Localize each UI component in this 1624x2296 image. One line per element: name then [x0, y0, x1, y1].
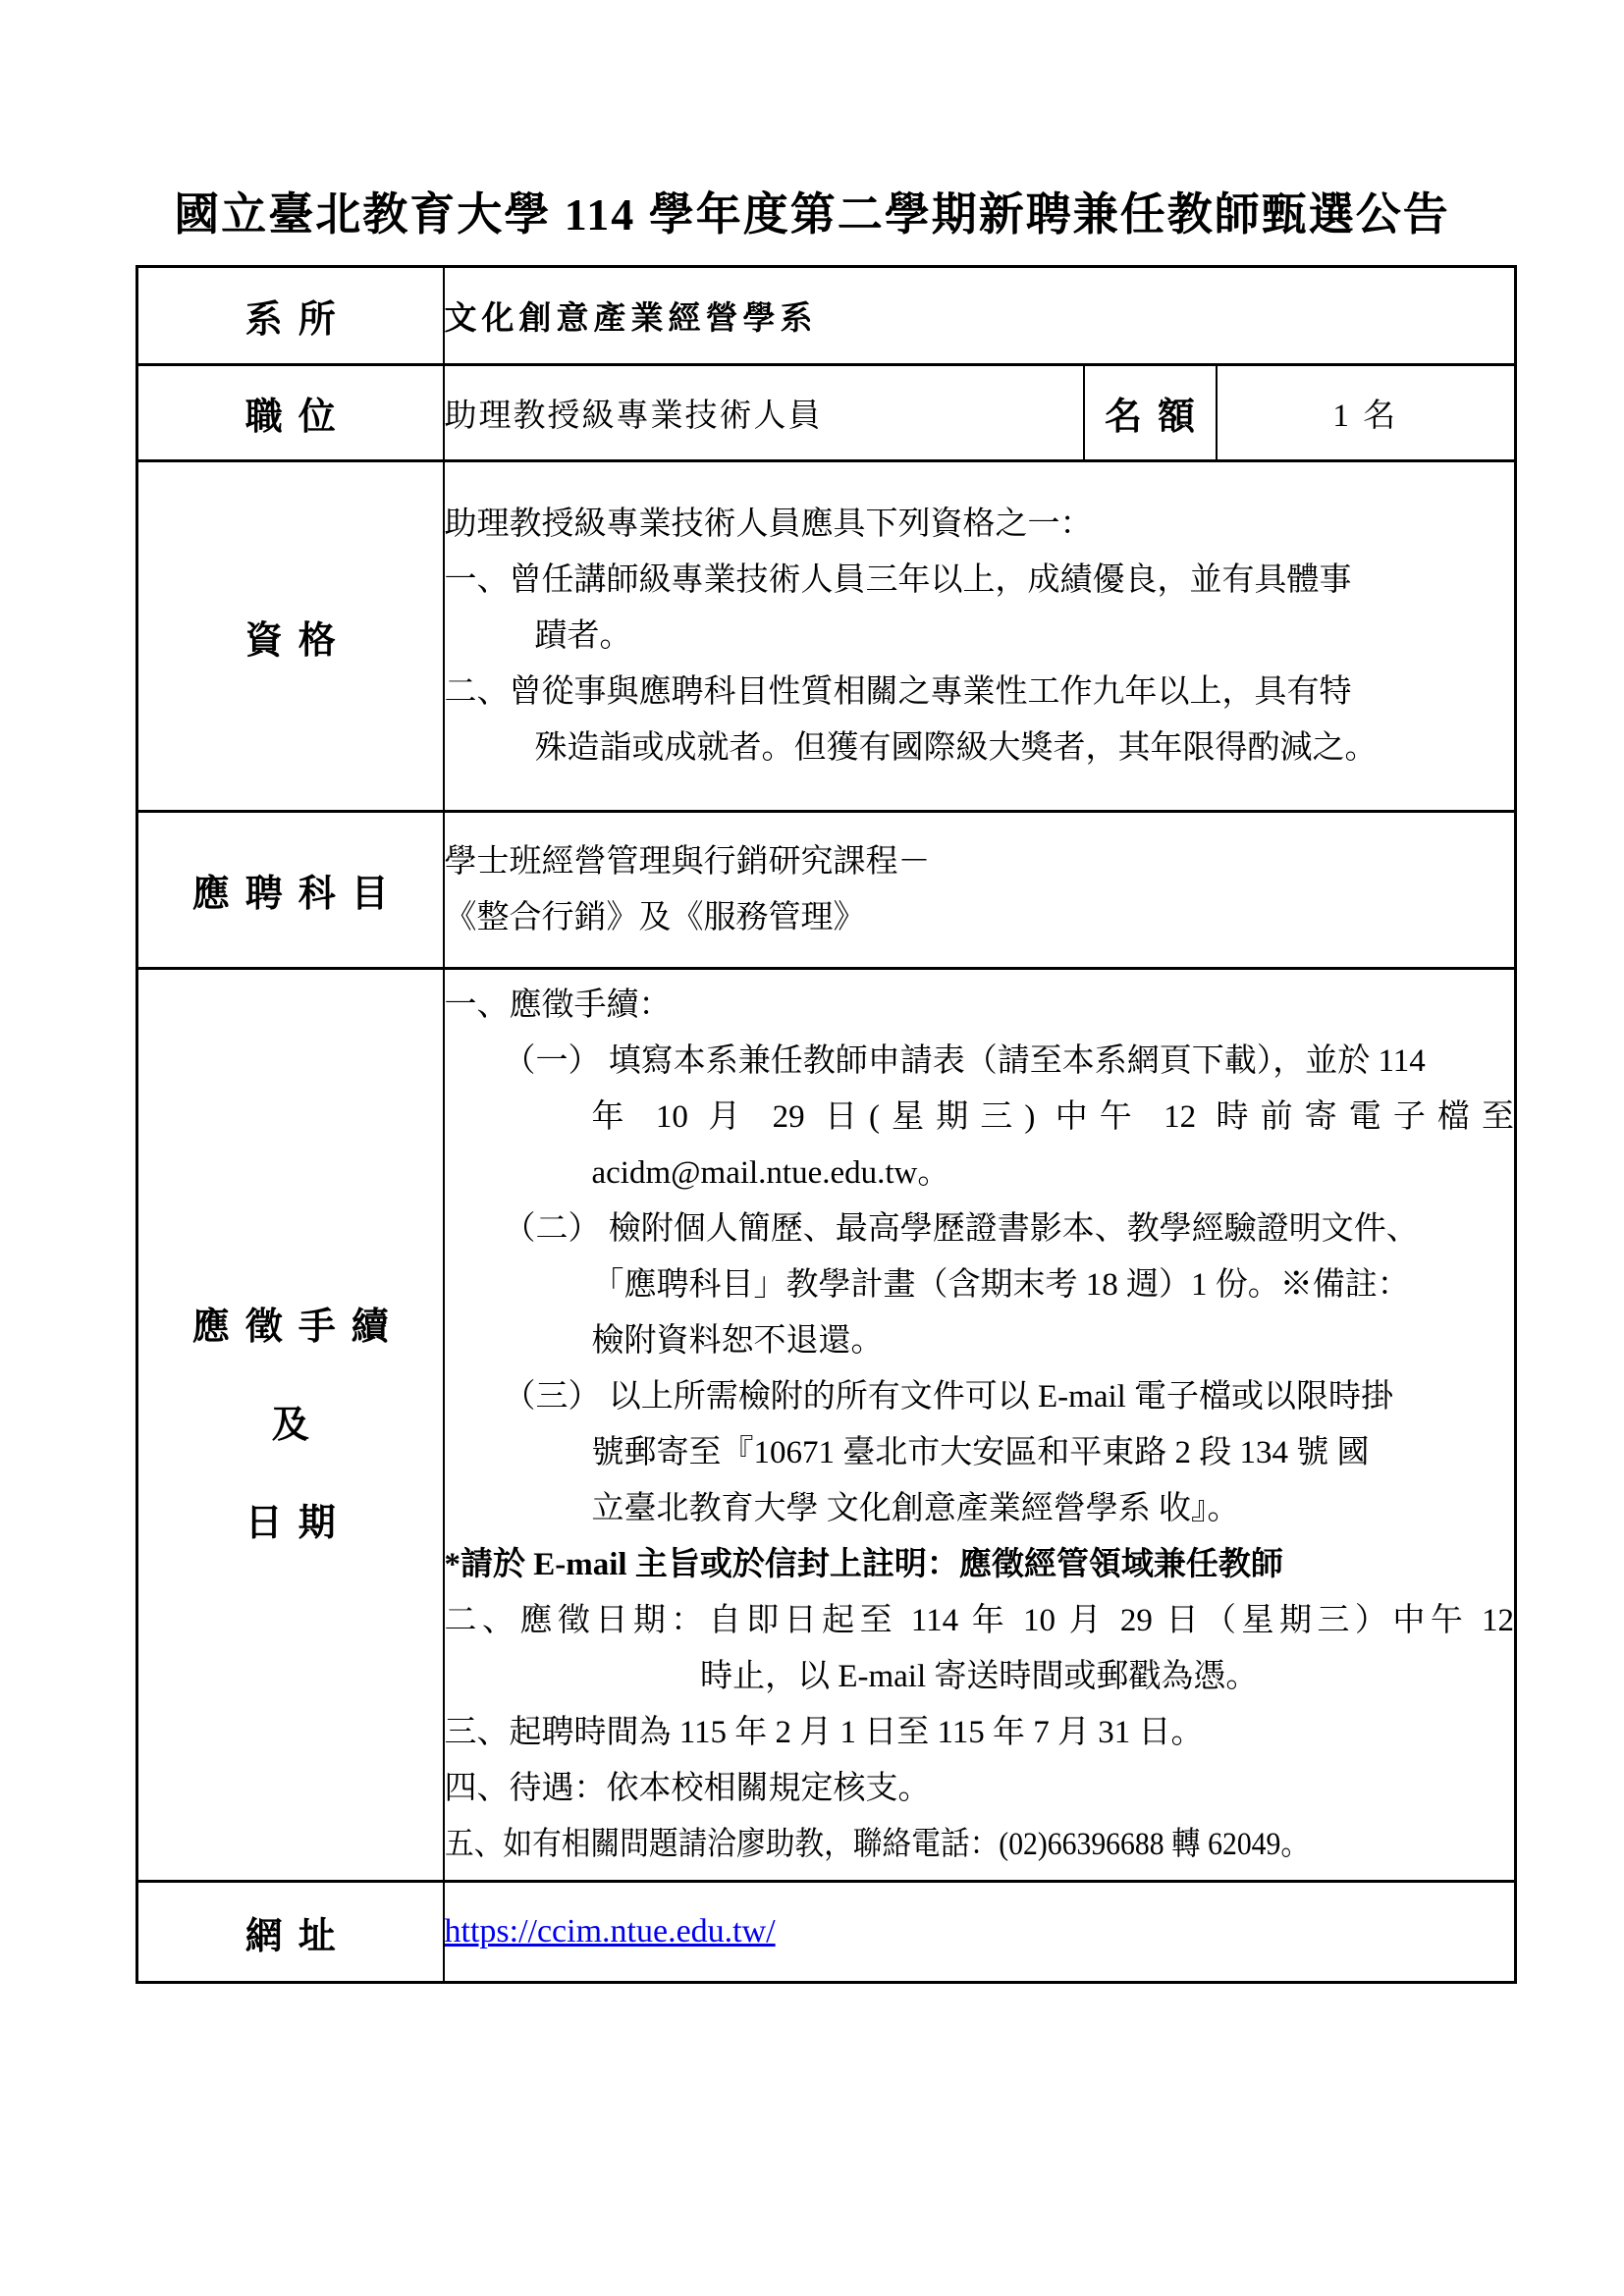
text-line: 「應聘科目」教學計畫（含期末考 18 週）1 份。※備註：: [445, 1257, 1515, 1313]
row-label-qualifications: 資格: [137, 461, 444, 812]
quota-label: 名額: [1084, 365, 1217, 461]
text-line: 應徵手續: [138, 1278, 443, 1376]
text-line: 號郵寄至『10671 臺北市大安區和平東路 2 段 134 號 國: [445, 1425, 1515, 1481]
text-line: 及: [138, 1376, 443, 1474]
row-label-department: 系所: [137, 267, 444, 365]
text-line: 《整合行銷》及《服務管理》: [445, 890, 1515, 946]
text-line: （三） 以上所需檢附的所有文件可以 E-mail 電子檔或以限時掛: [445, 1369, 1515, 1425]
row-procedures: 應徵手續及日期 一、應徵手續：（一） 填寫本系兼任教師申請表（請至本系網頁下載）…: [137, 969, 1516, 1882]
quota-value: 1 名: [1217, 365, 1516, 461]
text-line: 年 10 月 29 日(星期三) 中午 12 時前寄電子檔至: [445, 1090, 1515, 1146]
text-line: 三、起聘時間為 115 年 2 月 1 日至 115 年 7 月 31 日。: [445, 1705, 1515, 1761]
qualifications-text: 助理教授級專業技術人員應具下列資格之一：一、曾任講師級專業技術人員三年以上，成績…: [444, 461, 1516, 812]
website-link[interactable]: https://ccim.ntue.edu.tw/: [445, 1913, 776, 1949]
position-value: 助理教授級專業技術人員: [444, 365, 1084, 461]
text-line: 殊造詣或成就者。但獲有國際級大獎者，其年限得酌減之。: [445, 721, 1515, 776]
text-line: 二、曾從事與應聘科目性質相關之專業性工作九年以上，具有特: [445, 665, 1515, 721]
row-position: 職位 助理教授級專業技術人員 名額 1 名: [137, 365, 1516, 461]
website-cell: https://ccim.ntue.edu.tw/: [444, 1882, 1516, 1983]
document-page: 國立臺北教育大學 114 學年度第二學期新聘兼任教師甄選公告 系所 文化創意產業…: [0, 0, 1624, 2296]
text-line: 助理教授級專業技術人員應具下列資格之一：: [445, 497, 1515, 553]
text-line: 二、應徵日期：自即日起至 114 年 10 月 29 日（星期三）中午 12: [445, 1593, 1515, 1649]
text-line: 學士班經營管理與行銷研究課程－: [445, 834, 1515, 890]
text-line: 蹟者。: [445, 609, 1515, 665]
text-line: 時止，以 E-mail 寄送時間或郵戳為憑。: [445, 1649, 1515, 1705]
text-line: 一、應徵手續：: [445, 978, 1515, 1034]
row-label-website: 網址: [137, 1882, 444, 1983]
announcement-table: 系所 文化創意產業經營學系 職位 助理教授級專業技術人員 名額 1 名 資格 助…: [135, 265, 1517, 1984]
text-line: 五、如有相關問題請洽廖助教，聯絡電話：(02)66396688 轉 62049。: [445, 1817, 1408, 1873]
page-title: 國立臺北教育大學 114 學年度第二學期新聘兼任教師甄選公告: [0, 179, 1624, 243]
text-line: acidm@mail.ntue.edu.tw。: [445, 1146, 1515, 1201]
text-line: （二） 檢附個人簡歷、最高學歷證書影本、教學經驗證明文件、: [445, 1201, 1515, 1257]
row-label-subject: 應聘科目: [137, 812, 444, 969]
text-line: 立臺北教育大學 文化創意產業經營學系 收』。: [445, 1481, 1515, 1537]
text-line: （一） 填寫本系兼任教師申請表（請至本系網頁下載），並於 114: [445, 1034, 1515, 1090]
row-label-position: 職位: [137, 365, 444, 461]
text-line: 一、曾任講師級專業技術人員三年以上，成績優良，並有具體事: [445, 553, 1515, 609]
row-label-procedures: 應徵手續及日期: [137, 969, 444, 1882]
subject-text: 學士班經營管理與行銷研究課程－《整合行銷》及《服務管理》: [444, 812, 1516, 969]
text-line: 四、待遇：依本校相關規定核支。: [445, 1761, 1515, 1817]
row-department: 系所 文化創意產業經營學系: [137, 267, 1516, 365]
row-qualifications: 資格 助理教授級專業技術人員應具下列資格之一：一、曾任講師級專業技術人員三年以上…: [137, 461, 1516, 812]
row-subject: 應聘科目 學士班經營管理與行銷研究課程－《整合行銷》及《服務管理》: [137, 812, 1516, 969]
text-line: 日期: [138, 1474, 443, 1573]
text-line: 檢附資料恕不退還。: [445, 1313, 1515, 1369]
department-value: 文化創意產業經營學系: [444, 267, 1516, 365]
text-line: *請於 E-mail 主旨或於信封上註明：應徵經管領域兼任教師: [445, 1537, 1515, 1593]
row-website: 網址 https://ccim.ntue.edu.tw/: [137, 1882, 1516, 1983]
procedures-text: 一、應徵手續：（一） 填寫本系兼任教師申請表（請至本系網頁下載），並於 114年…: [444, 969, 1516, 1882]
